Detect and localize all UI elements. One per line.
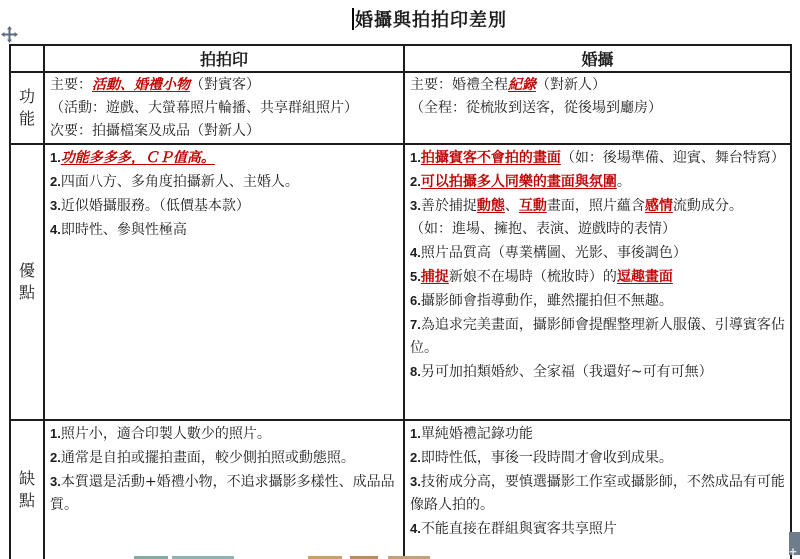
- paragraph: 3.近似婚攝服務。（低價基本款）: [50, 194, 400, 218]
- paragraph: 1.單純婚禮記錄功能: [410, 422, 787, 446]
- list-number: 6.: [410, 293, 421, 308]
- row-label-char: 點: [11, 490, 43, 512]
- paragraph: 6.攝影師會指導動作，雖然擺拍但不無趣。: [410, 289, 787, 313]
- text-run: 照片品質高（專業構圖、光影、事後調色）: [421, 245, 687, 261]
- row-function: 功能 主要：活動、婚禮小物（對賓客）（活動：遊戲、大螢幕照片輪播、共享群組照片）…: [10, 72, 791, 144]
- paragraph: 5.捕捉新娘不在場時（梳妝時）的逗趣畫面: [410, 265, 787, 289]
- plus-icon[interactable]: +: [786, 545, 800, 559]
- column-header-photography: 婚攝: [404, 45, 791, 72]
- paragraph: 2.即時性低，事後一段時間才會收到成果。: [410, 446, 787, 470]
- paragraph: 8.另可加拍類婚紗、全家福（我還好~可有可無）: [410, 360, 787, 384]
- text-run: 近似婚攝服務。（低價基本款）: [61, 198, 250, 214]
- text-run: 技術成分高，要慎選攝影工作室或攝影師，不然成品有可能像路人拍的。: [410, 474, 785, 513]
- list-number: 2.: [410, 174, 421, 189]
- list-number: 4.: [50, 222, 61, 237]
- text-run: 即時性低，事後一段時間才會收到成果。: [421, 450, 673, 466]
- paragraph: 3.本質還是活動+婚禮小物，不追求攝影多樣性、成品品質。: [50, 470, 400, 517]
- paragraph: 3.善於捕捉動態、互動畫面，照片蘊含感情流動成分。: [410, 194, 787, 218]
- paragraph: 4.即時性、參與性極高: [50, 218, 400, 242]
- text-run: （全程：從梳妝到送客，從後場到廳房）: [410, 100, 662, 116]
- text-run: 本質還是活動+婚禮小物，不追求攝影多樣性、成品品質。: [50, 474, 395, 513]
- page-title[interactable]: 婚攝與拍拍印差別: [355, 6, 507, 32]
- text-run: 善於捕捉: [421, 198, 477, 214]
- row-pros: 優點 1.功能多多多，ＣＰ值高。2.四面八方、多角度拍攝新人、主婚人。3.近似婚…: [10, 144, 791, 420]
- row-cons: 缺點 1.照片小，適合印製人數少的照片。2.通常是自拍或擺拍畫面，較少側拍照或動…: [10, 420, 791, 559]
- paragraph: 7.為追求完美畫面，攝影師會提醒整理新人服儀、引導賓客佔位。: [410, 313, 787, 360]
- list-number: 2.: [50, 174, 61, 189]
- paragraph: 2.可以拍攝多人同樂的畫面與氛圍。: [410, 170, 787, 194]
- cell-function-print[interactable]: 主要：活動、婚禮小物（對賓客）（活動：遊戲、大螢幕照片輪播、共享群組照片）次要：…: [44, 72, 404, 144]
- row-label-char: 缺: [11, 468, 43, 490]
- header-row: 拍拍印 婚攝: [10, 45, 791, 72]
- red-emphasis-text: 動態: [477, 198, 505, 214]
- text-run: 流動成分。: [673, 198, 743, 214]
- list-number: 1.: [50, 150, 61, 165]
- red-emphasis-text: 紀錄: [508, 77, 536, 93]
- cell-pros-photography[interactable]: 1.拍攝賓客不會拍的畫面（如：後場準備、迎賓、舞台特寫）2.可以拍攝多人同樂的畫…: [404, 144, 791, 420]
- cell-function-photography[interactable]: 主要：婚禮全程紀錄（對新人）（全程：從梳妝到送客，從後場到廳房）: [404, 72, 791, 144]
- page-title-block: 婚攝與拍拍印差別: [352, 7, 507, 31]
- red-emphasis-text: 可以拍攝多人同樂的畫面與氛圍: [421, 174, 617, 190]
- row-label-pros: 優點: [10, 144, 44, 420]
- text-run: 新娘不在場時（梳妝時）的: [449, 269, 617, 285]
- cell-pros-print[interactable]: 1.功能多多多，ＣＰ值高。2.四面八方、多角度拍攝新人、主婚人。3.近似婚攝服務…: [44, 144, 404, 420]
- red-emphasis-text: 功能多多多，ＣＰ值高。: [61, 150, 215, 166]
- text-run: 四面八方、多角度拍攝新人、主婚人。: [61, 174, 299, 190]
- list-number: 2.: [410, 450, 421, 465]
- list-number: 4.: [410, 521, 421, 536]
- row-label-char: 點: [11, 282, 43, 304]
- row-label-cons: 缺點: [10, 420, 44, 559]
- text-run: 攝影師會指導動作，雖然擺拍但不無趣。: [421, 293, 673, 309]
- row-label-char: 優: [11, 260, 43, 282]
- text-run: 主要：婚禮全程: [410, 77, 508, 93]
- text-run: 次要：拍攝檔案及成品（對新人）: [50, 123, 260, 139]
- text-run: 畫面，照片蘊含: [547, 198, 645, 214]
- list-number: 3.: [50, 198, 61, 213]
- paragraph: 主要：婚禮全程紀錄（對新人）: [410, 74, 787, 97]
- paragraph: 4.不能直接在群組與賓客共享照片: [410, 517, 787, 541]
- paragraph: 3.技術成分高，要慎選攝影工作室或攝影師，不然成品有可能像路人拍的。: [410, 470, 787, 517]
- text-run: 照片小，適合印製人數少的照片。: [61, 426, 271, 442]
- cell-cons-print[interactable]: 1.照片小，適合印製人數少的照片。2.通常是自拍或擺拍畫面，較少側拍照或動態照。…: [44, 420, 404, 559]
- red-emphasis-text: 感情: [645, 198, 673, 214]
- paragraph: 2.四面八方、多角度拍攝新人、主婚人。: [50, 170, 400, 194]
- red-emphasis-text: 拍攝賓客不會拍的畫面: [421, 150, 561, 166]
- text-run: 即時性、參與性極高: [61, 222, 187, 238]
- paragraph: 1.拍攝賓客不會拍的畫面（如：後場準備、迎賓、舞台特寫）: [410, 146, 787, 170]
- list-number: 2.: [50, 450, 61, 465]
- text-run: （活動：遊戲、大螢幕照片輪播、共享群組照片）: [50, 100, 358, 116]
- comparison-table: 拍拍印 婚攝 功能 主要：活動、婚禮小物（對賓客）（活動：遊戲、大螢幕照片輪播、…: [9, 44, 792, 559]
- list-number: 3.: [410, 474, 421, 489]
- list-number: 1.: [50, 426, 61, 441]
- paragraph: 次要：拍攝檔案及成品（對新人）: [50, 120, 400, 143]
- text-run: （對新人）: [536, 77, 606, 93]
- text-run: 不能直接在群組與賓客共享照片: [421, 521, 617, 537]
- corner-cell: [10, 45, 44, 72]
- text-run: 、: [505, 198, 519, 214]
- list-number: 5.: [410, 269, 421, 284]
- list-number: 7.: [410, 317, 421, 332]
- paragraph: 1.照片小，適合印製人數少的照片。: [50, 422, 400, 446]
- row-label-char: 功: [11, 86, 43, 108]
- text-run: 為追求完美畫面，攝影師會提醒整理新人服儀、引導賓客佔位。: [410, 317, 785, 356]
- list-number: 8.: [410, 364, 421, 379]
- list-number: 4.: [410, 245, 421, 260]
- list-number: 1.: [410, 426, 421, 441]
- column-header-print: 拍拍印: [44, 45, 404, 72]
- paragraph: （活動：遊戲、大螢幕照片輪播、共享群組照片）: [50, 97, 400, 120]
- paragraph: 主要：活動、婚禮小物（對賓客）: [50, 74, 400, 97]
- paragraph: 2.通常是自拍或擺拍畫面，較少側拍照或動態照。: [50, 446, 400, 470]
- cell-cons-photography[interactable]: 1.單純婚禮記錄功能2.即時性低，事後一段時間才會收到成果。3.技術成分高，要慎…: [404, 420, 791, 559]
- text-run: （對賓客）: [190, 77, 260, 93]
- text-run: （如：後場準備、迎賓、舞台特寫）: [561, 150, 785, 166]
- text-cursor: [352, 8, 354, 30]
- row-label-function: 功能: [10, 72, 44, 144]
- row-label-char: 能: [11, 108, 43, 130]
- text-run: 另可加拍類婚紗、全家福（我還好~可有可無）: [421, 364, 713, 380]
- document-page: { "title": "婚攝與拍拍印差別", "colors": { "emph…: [0, 0, 800, 559]
- red-emphasis-text: 逗趣畫面: [617, 269, 673, 285]
- text-run: 。: [617, 174, 631, 190]
- list-number: 3.: [410, 198, 421, 213]
- list-number: 3.: [50, 474, 61, 489]
- list-number: 1.: [410, 150, 421, 165]
- red-emphasis-text: 捕捉: [421, 269, 449, 285]
- text-run: （如：進場、擁抱、表演、遊戲時的表情）: [410, 221, 676, 237]
- text-run: 單純婚禮記錄功能: [421, 426, 533, 442]
- paragraph: （全程：從梳妝到送客，從後場到廳房）: [410, 97, 787, 120]
- paragraph: （如：進場、擁抱、表演、遊戲時的表情）: [410, 218, 787, 241]
- red-emphasis-text: 活動、婚禮小物: [92, 77, 190, 93]
- paragraph: 4.照片品質高（專業構圖、光影、事後調色）: [410, 241, 787, 265]
- red-emphasis-text: 互動: [519, 198, 547, 214]
- table-move-handle-icon[interactable]: [1, 26, 18, 43]
- paragraph: 1.功能多多多，ＣＰ值高。: [50, 146, 400, 170]
- text-run: 通常是自拍或擺拍畫面，較少側拍照或動態照。: [61, 450, 355, 466]
- text-run: 主要：: [50, 77, 92, 93]
